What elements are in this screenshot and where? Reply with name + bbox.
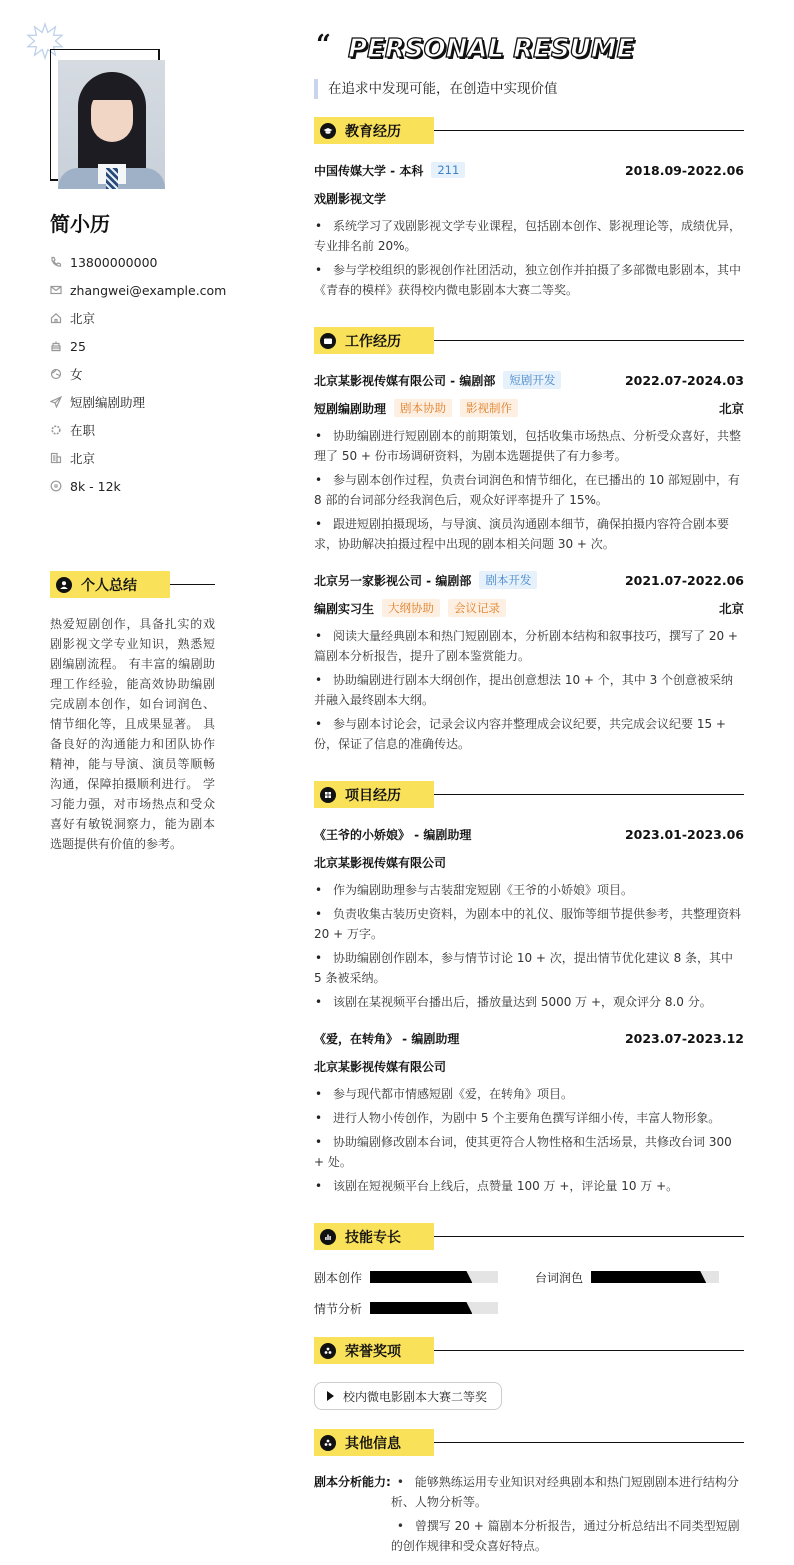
other-label: 剧本分析能力: bbox=[314, 1472, 391, 1560]
project-bullets: 作为编剧助理参与古装甜宠短剧《王爷的小娇娘》项目。 负责收集古装历史资料，为剧本… bbox=[314, 880, 744, 1016]
education-major-row: 戏剧影视文学 bbox=[314, 188, 744, 208]
section-header-projects: 项目经历 bbox=[314, 781, 744, 808]
job-header: 北京某影视传媒有限公司 - 编剧部短剧开发 2022.07-2024.03 bbox=[314, 370, 744, 390]
skill-bar bbox=[591, 1271, 719, 1283]
contact-phone: 13800000000 bbox=[50, 248, 226, 276]
send-icon bbox=[50, 396, 62, 408]
page-title: PERSONAL RESUME bbox=[348, 34, 634, 64]
contact-list: 13800000000 zhangwei@example.com 北京 25 女… bbox=[50, 248, 226, 500]
salary-icon bbox=[50, 480, 62, 492]
list-item: 该剧在短视频平台上线后，点赞量 100 万 +，评论量 10 万 +。 bbox=[314, 1176, 744, 1196]
list-item: 该剧在某视频平台播出后，播放量达到 5000 万 +，观众评分 8.0 分。 bbox=[314, 992, 744, 1012]
motto: 在追求中发现可能，在创造中实现价值 bbox=[314, 79, 558, 99]
skill-tag: 影视制作 bbox=[460, 399, 518, 417]
list-item: 协助编剧修改剧本台词，使其更符合人物性格和生活场景，共修改台词 300 + 处。 bbox=[314, 1132, 744, 1172]
graduation-cap-icon bbox=[320, 123, 336, 139]
section-header-other: 其他信息 bbox=[314, 1429, 744, 1456]
mail-icon bbox=[50, 284, 62, 296]
section-divider bbox=[434, 1442, 744, 1444]
list-item: 参与剧本讨论会，记录会议内容并整理成会议纪要，共完成会议纪要 15 + 份，保证… bbox=[314, 714, 744, 754]
contact-gender: 女 bbox=[50, 360, 226, 388]
list-item: 能够熟练运用专业知识对经典剧本和热门短剧剧本进行结构分析、人物分析等。 bbox=[391, 1472, 744, 1512]
contact-city: 北京 bbox=[50, 444, 226, 472]
project-header: 《王爷的小娇娘》 - 编剧助理 2023.01-2023.06 bbox=[314, 824, 744, 844]
list-item: 系统学习了戏剧影视文学专业课程，包括剧本创作、影视理论等，成绩优异，专业排名前 … bbox=[314, 216, 744, 256]
section-divider bbox=[434, 340, 744, 342]
list-item: 协助编剧进行剧本大纲创作，提出创意想法 10 + 个，其中 3 个创意被采纳并融… bbox=[314, 670, 744, 710]
school-tag: 211 bbox=[431, 162, 465, 178]
avatar bbox=[58, 60, 165, 189]
school-name: 中国传媒大学 - 本科 bbox=[314, 162, 423, 179]
section-header-work: 工作经历 bbox=[314, 327, 744, 354]
skill-item: 情节分析 bbox=[314, 1300, 498, 1316]
skill-item: 台词润色 bbox=[535, 1269, 719, 1285]
skill-item: 剧本创作 bbox=[314, 1269, 498, 1285]
list-item: 参与学校组织的影视创作社团活动，独立创作并拍摄了多部微电影剧本，其中《青春的模样… bbox=[314, 260, 744, 300]
section-header-skills: 技能专长 bbox=[314, 1223, 744, 1250]
list-item: 阅读大量经典剧本和热门短剧剧本，分析剧本结构和叙事技巧，撰写了 20 + 篇剧本… bbox=[314, 626, 744, 666]
project-bullets: 参与现代都市情感短剧《爱，在转角》项目。 进行人物小传创作，为剧中 5 个主要角… bbox=[314, 1084, 744, 1200]
building-icon bbox=[50, 452, 62, 464]
list-item: 曾撰写 20 + 篇剧本分析报告，通过分析总结出不同类型短剧的创作规律和受众喜好… bbox=[391, 1516, 744, 1556]
skill-bar bbox=[370, 1302, 498, 1314]
skill-tag: 剧本协助 bbox=[394, 399, 452, 417]
profile-name: 简小历 bbox=[50, 208, 110, 237]
contact-position: 短剧编剧助理 bbox=[50, 388, 226, 416]
play-triangle-icon bbox=[327, 1391, 334, 1401]
award-item: 校内微电影剧本大赛二等奖 bbox=[314, 1382, 502, 1410]
section-divider bbox=[434, 130, 744, 132]
summary-text: 热爱短剧创作，具备扎实的戏剧影视文学专业知识，熟悉短剧编剧流程。 有丰富的编剧助… bbox=[50, 614, 215, 854]
education-header: 中国传媒大学 - 本科211 2018.09-2022.06 bbox=[314, 160, 744, 180]
list-item: 跟进短剧拍摄现场，与导演、演员沟通剧本细节，确保拍摄内容符合剧本要求，协助解决拍… bbox=[314, 514, 744, 554]
job-role-row: 编剧实习生大纲协助会议记录 北京 bbox=[314, 598, 744, 618]
status-icon bbox=[50, 424, 62, 436]
project-company: 北京某影视传媒有限公司 bbox=[314, 852, 744, 872]
list-item: 作为编剧助理参与古装甜宠短剧《王爷的小娇娘》项目。 bbox=[314, 880, 744, 900]
contact-home: 北京 bbox=[50, 304, 226, 332]
contact-age: 25 bbox=[50, 332, 226, 360]
list-item: 负责收集古装历史资料，为剧本中的礼仪、服饰等细节提供参考，共整理资料 20 + … bbox=[314, 904, 744, 944]
education-date: 2018.09-2022.06 bbox=[625, 163, 744, 178]
contact-status: 在职 bbox=[50, 416, 226, 444]
section-header-summary: 个人总结 bbox=[50, 571, 215, 598]
job-bullets: 协助编剧进行短剧剧本的前期策划，包括收集市场热点、分析受众喜好，共整理了 50 … bbox=[314, 426, 744, 558]
section-header-awards: 荣誉奖项 bbox=[314, 1337, 744, 1364]
contact-salary: 8k - 12k bbox=[50, 472, 226, 500]
cake-icon bbox=[50, 340, 62, 352]
section-divider bbox=[170, 584, 215, 586]
section-header-education: 教育经历 bbox=[314, 117, 744, 144]
skill-bar bbox=[370, 1271, 498, 1283]
phone-icon bbox=[50, 256, 62, 268]
quote-mark: “ bbox=[316, 30, 331, 60]
list-item: 参与剧本创作过程，负责台词润色和情节细化，在已播出的 10 部短剧中，有 8 部… bbox=[314, 470, 744, 510]
home-icon bbox=[50, 312, 62, 324]
project-company: 北京某影视传媒有限公司 bbox=[314, 1056, 744, 1076]
grid-icon bbox=[320, 787, 336, 803]
section-divider bbox=[434, 1350, 744, 1352]
section-divider bbox=[434, 1236, 744, 1238]
job-header: 北京另一家影视公司 - 编剧部剧本开发 2021.07-2022.06 bbox=[314, 570, 744, 590]
dept-tag: 短剧开发 bbox=[503, 371, 561, 389]
skill-tag: 大纲协助 bbox=[382, 599, 440, 617]
job-bullets: 阅读大量经典剧本和热门短剧剧本，分析剧本结构和叙事技巧，撰写了 20 + 篇剧本… bbox=[314, 626, 744, 758]
dept-tag: 剧本开发 bbox=[479, 571, 537, 589]
list-item: 参与现代都市情感短剧《爱，在转角》项目。 bbox=[314, 1084, 744, 1104]
list-item: 协助编剧进行短剧剧本的前期策划，包括收集市场热点、分析受众喜好，共整理了 50 … bbox=[314, 426, 744, 466]
info-icon bbox=[320, 1435, 336, 1451]
contact-email: zhangwei@example.com bbox=[50, 276, 226, 304]
education-bullets: 系统学习了戏剧影视文学专业课程，包括剧本创作、影视理论等，成绩优异，专业排名前 … bbox=[314, 216, 744, 304]
other-info: 剧本分析能力: 能够熟练运用专业知识对经典剧本和热门短剧剧本进行结构分析、人物分… bbox=[314, 1472, 744, 1560]
skill-tag: 会议记录 bbox=[448, 599, 506, 617]
project-header: 《爱，在转角》 - 编剧助理 2023.07-2023.12 bbox=[314, 1028, 744, 1048]
major: 戏剧影视文学 bbox=[314, 190, 386, 207]
section-divider bbox=[434, 794, 744, 796]
list-item: 进行人物小传创作，为剧中 5 个主要角色撰写详细小传，丰富人物形象。 bbox=[314, 1108, 744, 1128]
gender-icon bbox=[50, 368, 62, 380]
job-role-row: 短剧编剧助理剧本协助影视制作 北京 bbox=[314, 398, 744, 418]
briefcase-icon bbox=[320, 333, 336, 349]
bar-chart-icon bbox=[320, 1229, 336, 1245]
award-icon bbox=[320, 1343, 336, 1359]
user-icon bbox=[56, 577, 72, 593]
list-item: 协助编剧创作剧本，参与情节讨论 10 + 次，提出情节优化建议 8 条，其中 5… bbox=[314, 948, 744, 988]
